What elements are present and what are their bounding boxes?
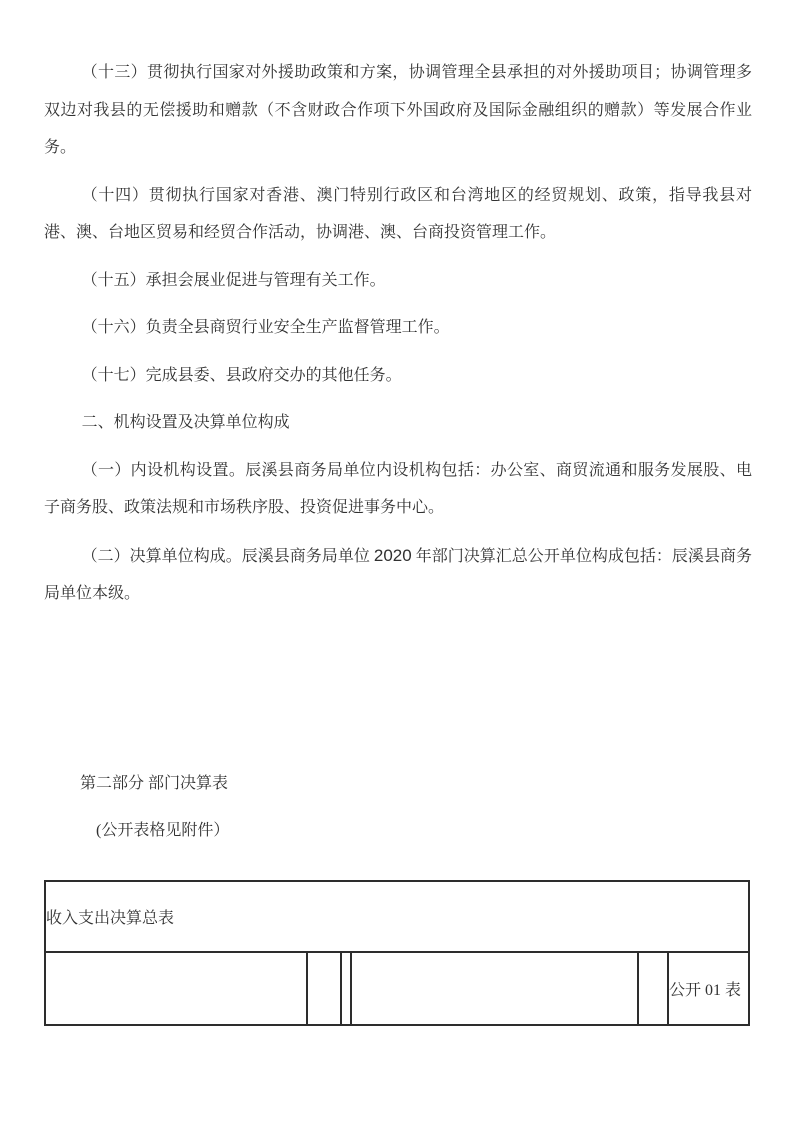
paragraph-13: （十三）贯彻执行国家对外援助政策和方案，协调管理全县承担的对外援助项目；协调管理… [44,54,752,167]
document-page: （十三）贯彻执行国家对外援助政策和方案，协调管理全县承担的对外援助项目；协调管理… [0,0,793,1122]
table-empty-cell [45,952,307,1025]
sheet-label: 公开 01 表 [669,982,741,999]
year-number: 2020 [374,546,412,565]
attachment-note: (公开表格见附件） [44,812,752,850]
paragraph-17: （十七）完成县委、县政府交办的其他任务。 [44,357,752,395]
blank-space [44,623,752,765]
table-title: 收入支出决算总表 [46,910,174,927]
section-heading: 第二部分 部门决算表 [44,765,752,803]
sheet-label-cell: 公开 01 表 [668,952,749,1025]
table-title-row: 收入支出决算总表 [45,881,749,952]
heading-section-2-org: 二、机构设置及决算单位构成 [44,404,752,442]
table-empty-cell [351,952,638,1025]
table-empty-cell [341,952,351,1025]
table-empty-cell [307,952,341,1025]
paragraph-unit-composition: （二）决算单位构成。辰溪县商务局单位 2020 年部门决算汇总公开单位构成包括：… [44,537,752,613]
body-text: （十三）贯彻执行国家对外援助政策和方案，协调管理全县承担的对外援助项目；协调管理… [0,0,793,1026]
paragraph-16: （十六）负责全县商贸行业安全生产监督管理工作。 [44,309,752,347]
budget-summary-table: 收入支出决算总表 公开 01 表 [44,880,750,1026]
paragraph-internal-org: （一）内设机构设置。辰溪县商务局单位内设机构包括：办公室、商贸流通和服务发展股、… [44,452,752,527]
paragraph-15: （十五）承担会展业促进与管理有关工作。 [44,262,752,300]
table-empty-cell [638,952,668,1025]
paragraph-text-before-year: （二）决算单位构成。辰溪县商务局单位 [82,548,374,565]
table-title-cell: 收入支出决算总表 [45,881,749,952]
table-header-row: 公开 01 表 [45,952,749,1025]
paragraph-14: （十四）贯彻执行国家对香港、澳门特别行政区和台湾地区的经贸规划、政策，指导我县对… [44,177,752,252]
